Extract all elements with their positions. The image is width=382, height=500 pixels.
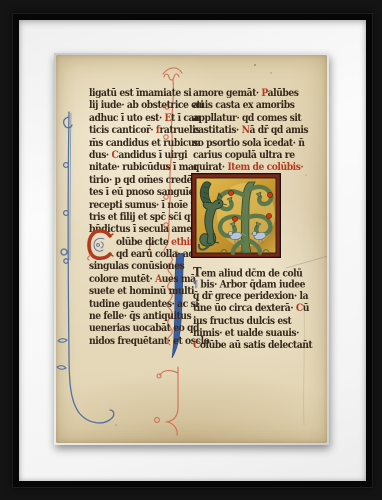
- body-text: qd earū colla· ad: [116, 248, 194, 260]
- body-text: ne felle· q̄s antiquitus: [89, 310, 191, 322]
- text-column-left: ligatū est īmamiate silij iude· ab obste…: [89, 88, 189, 348]
- body-text: tudine gaudentes· ac si: [89, 298, 198, 310]
- body-text: dus·: [89, 149, 111, 161]
- body-text: nitate· rubicūdus ī mar: [89, 162, 198, 174]
- text-line: tes ī eū pnoso sanguīe: [89, 186, 189, 200]
- text-line: Colūbe aū satis delectan̄t: [193, 340, 293, 354]
- body-text: alūbes: [268, 87, 299, 99]
- body-text: ticis canticor̄·: [89, 124, 156, 136]
- manuscript-page: ligatū est īmamiate silij iude· ab obste…: [56, 55, 327, 443]
- initial-c-filigree: [94, 238, 104, 251]
- body-text: nidos frequētant· et osclo: [89, 335, 209, 347]
- body-text: uenerias uocabāt eo qd: [89, 323, 199, 335]
- body-text: m̄s candidus et rubicun: [89, 137, 201, 149]
- body-text: lij iude· ab obstetrice eti: [89, 100, 203, 112]
- rubric-text: C: [296, 302, 303, 314]
- body-text: nimis· et ualde suauis·: [193, 327, 299, 339]
- rubric-text: A: [155, 273, 162, 285]
- body-text: tes ī eū pnoso sanguīe: [89, 186, 194, 198]
- body-text: colore mutēt·: [89, 273, 155, 285]
- text-line: castitatis· Nā dr̄ qd amis: [193, 124, 293, 138]
- body-text: recepti sumus· ī noīe pa: [89, 199, 202, 211]
- body-text: ū: [303, 302, 309, 314]
- body-text: olūbe aū satis delectan̄t: [200, 340, 312, 352]
- illuminated-initial-c: [87, 229, 115, 261]
- miniature-dragon-doves: [191, 173, 281, 258]
- body-text: tirio· p qd om̄es credēu: [89, 174, 198, 186]
- picture-frame: ligatū est īmamiate silij iude· ab obste…: [12, 13, 373, 488]
- body-text: ius fructus dulcis est: [193, 315, 291, 327]
- body-text: appllatur· qd comes sit: [193, 112, 301, 124]
- body-text: olūbe dicte: [116, 236, 171, 248]
- body-text: suete et hominū multi: [89, 286, 194, 298]
- body-text: singulas conūsiones: [89, 261, 184, 273]
- text-line: ticis canticor̄· fratruelis: [89, 124, 189, 138]
- body-text: andidus ī uirgi: [118, 149, 187, 161]
- body-text: castitatis·: [193, 124, 242, 136]
- text-line: tine ūo circa dexterā· Cū: [193, 302, 293, 316]
- mat-board: ligatū est īmamiate silij iude· ab obste…: [19, 20, 366, 481]
- text-line: nidos frequētant· et osclo: [89, 335, 189, 349]
- body-text: bis· Arbor q̄dam iudee: [198, 279, 305, 291]
- body-text: ligatū est īmamiate si: [89, 87, 191, 99]
- body-text: adhuc ī uto est·: [89, 112, 164, 124]
- body-text: amore gemāt·: [193, 87, 261, 99]
- body-text: so psortio sola īcedat· n̄: [193, 137, 304, 149]
- body-text: auis casta ex amoribs: [193, 100, 294, 112]
- body-text: ues mā: [162, 273, 196, 285]
- body-text: tine ūo circa dexterā·: [193, 302, 296, 314]
- text-column-right-bottom: Tem aliud dc̄m de colū¶ bis· Arbor q̄dam…: [193, 266, 293, 353]
- mat-bevel: ligatū est īmamiate silij iude· ab obste…: [54, 53, 329, 445]
- photo-background: ligatū est īmamiate silij iude· ab obste…: [0, 0, 382, 500]
- rubric-text: C: [193, 340, 200, 352]
- body-text: ā dr̄ qd amis: [250, 124, 309, 136]
- text-column-right-top: amore gemāt· Palūbesauis casta ex amorib…: [193, 88, 293, 175]
- rubric-text: N: [242, 124, 250, 136]
- body-text: q̄ dr̄ grece peridexion· la: [193, 290, 308, 302]
- body-text: carius copulā ultra re: [193, 149, 295, 161]
